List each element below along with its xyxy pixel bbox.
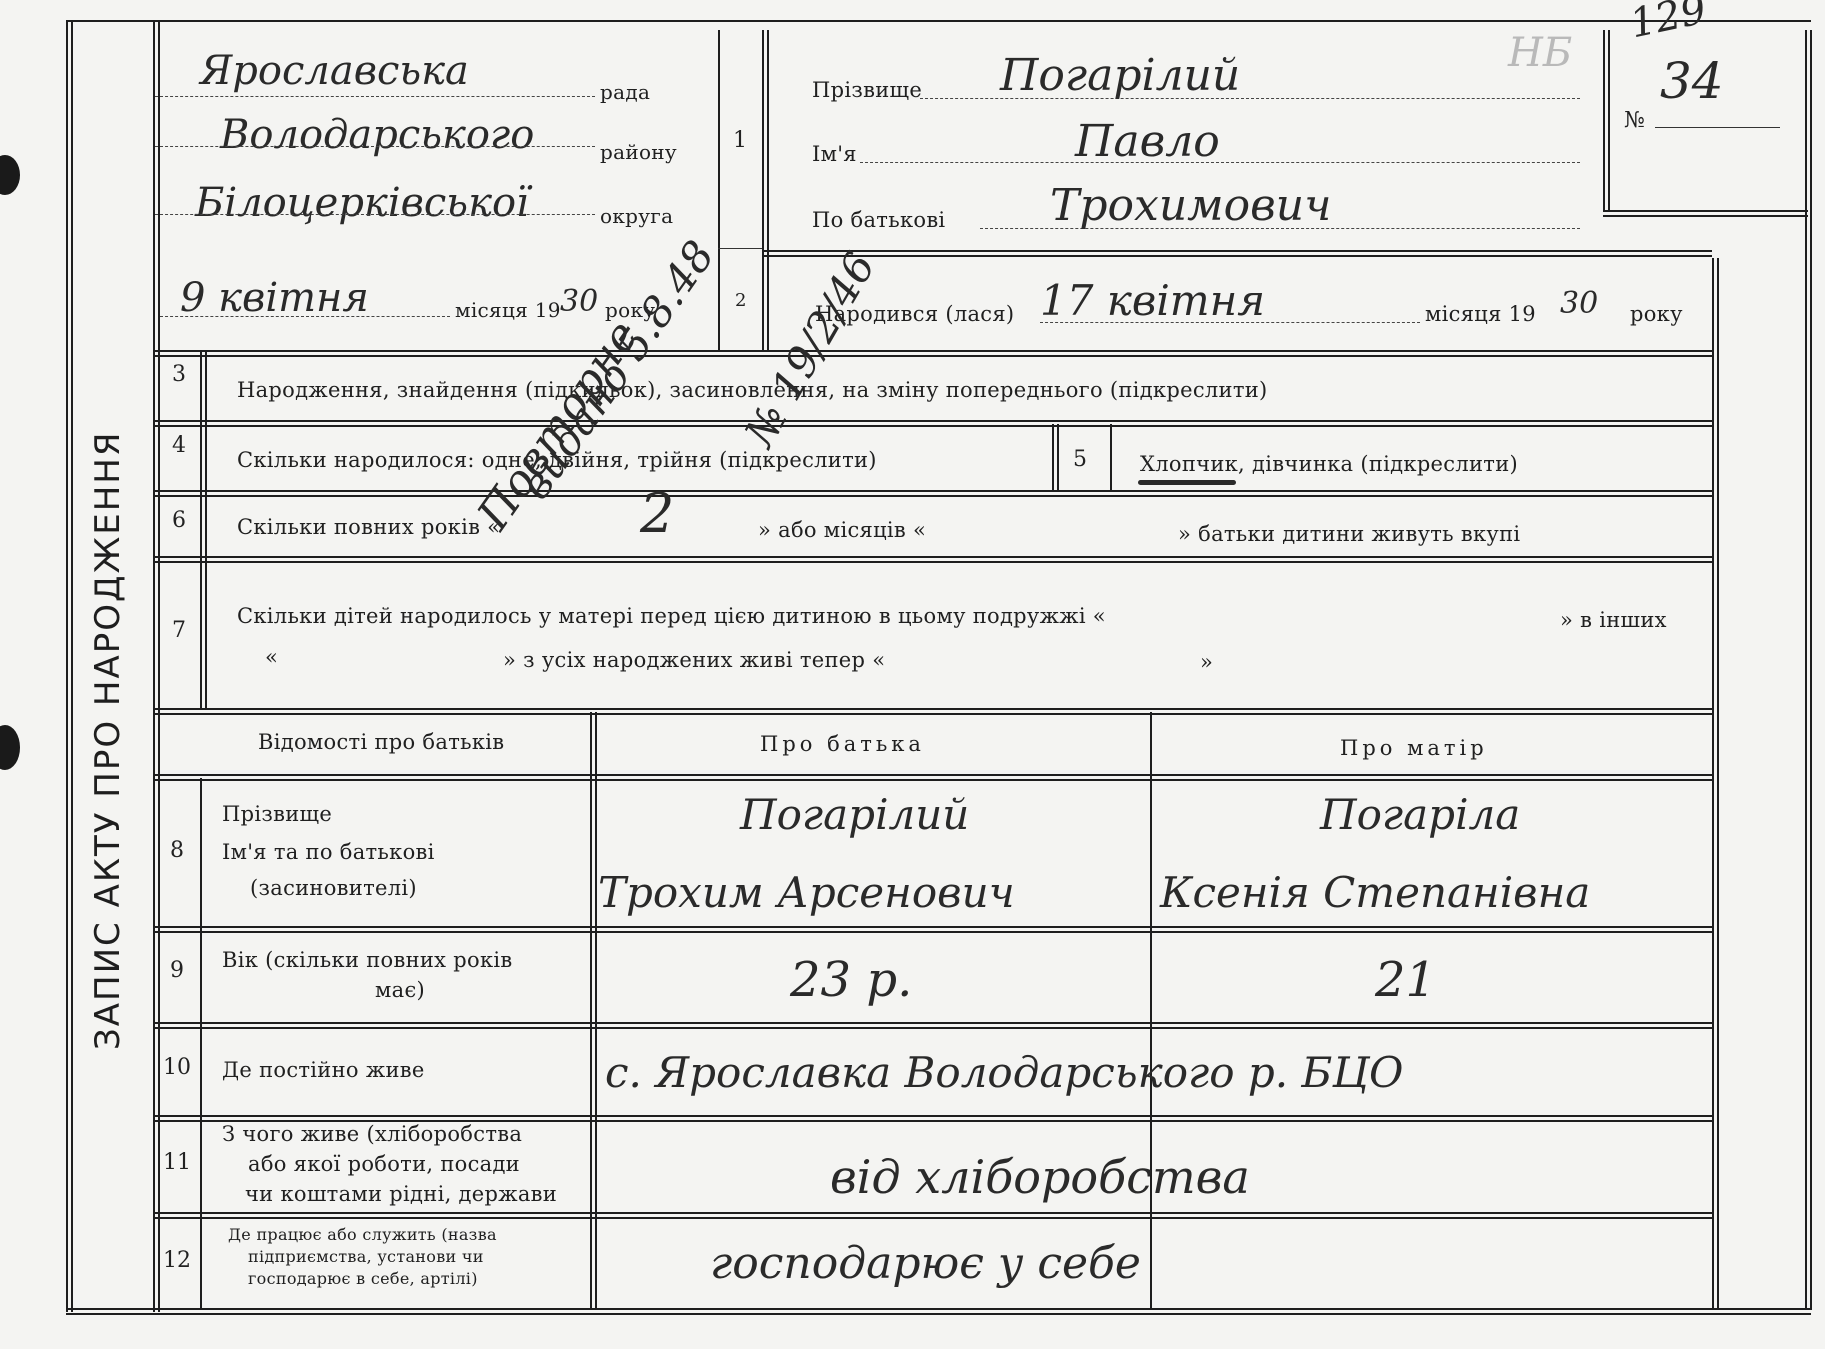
punch-hole-top <box>0 155 20 195</box>
patronymic-label: По батькові <box>812 208 945 232</box>
row-9-number: 9 <box>170 958 184 983</box>
row-8-label-3: (засиновителі) <box>250 876 417 900</box>
row-7-line2-c: » <box>1200 650 1213 674</box>
occupation-value: від хліборобства <box>830 1150 1250 1204</box>
residence-value: с. Ярославка Володарського р. БЦО <box>605 1048 1403 1097</box>
registration-day-month: 9 квітня <box>180 275 369 321</box>
child-name: Павло <box>1075 116 1220 167</box>
row-7-line2-a: « <box>265 645 278 669</box>
father-name-patronymic: Трохим Арсенович <box>598 868 1015 917</box>
row-10-number: 10 <box>163 1055 191 1080</box>
council-value: Ярославська <box>200 48 469 94</box>
mother-name-patronymic: Ксенія Степанівна <box>1160 868 1590 917</box>
district-label: району <box>600 140 677 164</box>
row-5-number: 5 <box>1073 447 1087 472</box>
parents-header-info: Відомості про батьків <box>258 730 504 754</box>
row-6-text-middle: » або місяців « <box>758 518 926 542</box>
row-8-label-1: Прізвище <box>222 802 332 826</box>
father-surname: Погарілий <box>740 790 969 839</box>
row-7-number: 7 <box>172 618 186 643</box>
born-year-label: року <box>1630 302 1683 326</box>
row-12-number: 12 <box>163 1248 191 1273</box>
row-6-number: 6 <box>172 508 186 533</box>
row-11-label-2: або якої роботи, посади <box>248 1152 520 1176</box>
surname-label: Прізвище <box>812 78 922 102</box>
row-9-label-1: Вік (скільки повних років <box>222 948 513 972</box>
row-6-text-before: Скільки повних років « <box>237 515 500 539</box>
archive-number: 129 <box>1626 0 1710 47</box>
row-12-label-2: підприємства, установи чи <box>248 1246 484 1268</box>
father-age: 23 р. <box>790 952 912 1008</box>
row-5-text: Хлопчик, дівчинка (підкреслити) <box>1140 452 1518 476</box>
row-12-label-1: Де працює або служить (назва <box>228 1224 497 1246</box>
row-3-number: 3 <box>172 362 186 387</box>
name-label: Ім'я <box>812 142 857 166</box>
child-surname: Погарілий <box>1000 50 1240 101</box>
row-6-text-after: » батьки дитини живуть вкупі <box>1178 522 1520 546</box>
council-label: рада <box>600 80 650 104</box>
record-number: 34 <box>1660 52 1724 110</box>
section-1-number: 1 <box>733 128 747 153</box>
row-12-label-3: господарює в себе, артілі) <box>248 1268 478 1290</box>
born-year: 30 <box>1560 286 1598 321</box>
born-day-month: 17 квітня <box>1040 276 1265 325</box>
district-value: Володарського <box>220 112 534 158</box>
row-8-number: 8 <box>170 838 184 863</box>
parents-header-mother: Про матір <box>1340 736 1488 760</box>
corner-mark: НБ <box>1508 30 1572 76</box>
row-11-label-1: З чого живе (хліборобства <box>222 1122 522 1146</box>
section-2-number: 2 <box>735 290 746 311</box>
registration-month-label: місяця 19 <box>455 298 561 322</box>
row-8-label-2: Ім'я та по батькові <box>222 840 435 864</box>
row-9-label-2: має) <box>375 978 425 1002</box>
mother-surname: Погаріла <box>1320 790 1520 839</box>
born-month-label: місяця 19 <box>1425 302 1536 326</box>
row-11-label-3: чи коштами рідні, держави <box>245 1182 557 1206</box>
okrug-label: округа <box>600 204 673 228</box>
row-7-line1-a: Скільки дітей народилось у матері перед … <box>237 604 1106 628</box>
child-patronymic: Трохимович <box>1050 180 1331 231</box>
row-4-number: 4 <box>172 433 186 458</box>
row-7-line2-b: » з усіх народжених живі тепер « <box>503 648 885 672</box>
punch-hole-middle <box>0 725 20 770</box>
row-11-number: 11 <box>163 1150 191 1175</box>
registration-year: 30 <box>560 284 598 319</box>
workplace-value: господарює у себе <box>710 1238 1141 1289</box>
parents-header-father: Про батька <box>760 732 925 756</box>
row-5-underline-boy <box>1138 480 1236 485</box>
row-6-years-value: 2 <box>640 482 674 545</box>
record-number-label: № <box>1624 108 1645 133</box>
side-title: ЗАПИС АКТУ ПРО НАРОДЖЕННЯ <box>88 431 128 1050</box>
row-7-line1-b: » в інших <box>1560 608 1667 632</box>
mother-age: 21 <box>1375 952 1436 1008</box>
row-10-label: Де постійно живе <box>222 1058 425 1082</box>
